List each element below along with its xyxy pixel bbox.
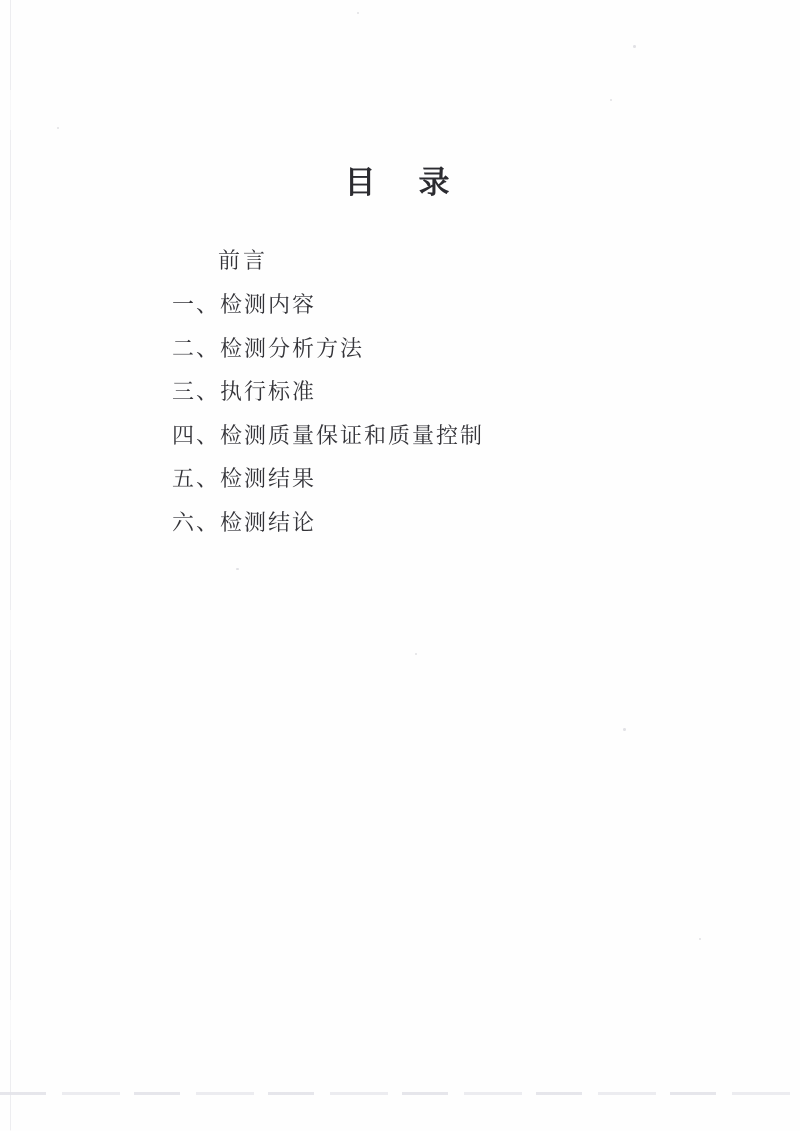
scan-speckle (57, 127, 59, 129)
toc-item-2: 二、检测分析方法 (172, 336, 484, 362)
toc-item-3: 三、执行标准 (172, 379, 484, 405)
table-of-contents: 前言 一、检测内容 二、检测分析方法 三、执行标准 四、检测质量保证和质量控制 … (172, 246, 484, 553)
toc-preface: 前言 (218, 246, 484, 276)
scan-speckle (633, 45, 636, 48)
toc-item-4: 四、检测质量保证和质量控制 (172, 423, 484, 449)
toc-item-1: 一、检测内容 (172, 292, 484, 318)
page-title: 目 录 (0, 157, 800, 202)
scan-speckle (415, 653, 417, 655)
scanned-document-page: 目 录 前言 一、检测内容 二、检测分析方法 三、执行标准 四、检测质量保证和质… (0, 0, 800, 1131)
scan-speckle (610, 99, 612, 101)
toc-item-5: 五、检测结果 (172, 466, 484, 492)
scan-speckle (699, 938, 701, 940)
scan-speckle (357, 12, 359, 14)
scan-speckle (623, 728, 626, 731)
scan-artifact-bottom-edge (0, 1092, 800, 1095)
toc-item-6: 六、检测结论 (172, 510, 484, 536)
scan-speckle (236, 568, 239, 570)
